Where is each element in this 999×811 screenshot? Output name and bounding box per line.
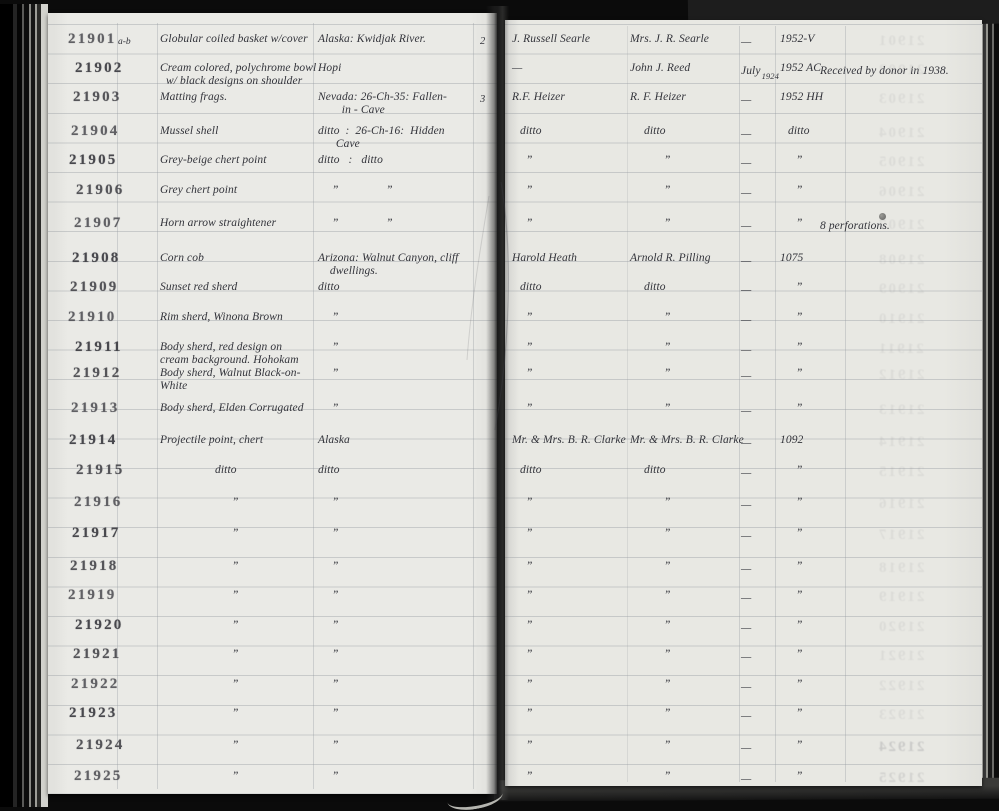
- catalog-number-stamp: 21907: [74, 215, 123, 232]
- ghost-number: 21922: [877, 678, 925, 695]
- locality: ” ”: [318, 217, 393, 230]
- locality: Alaska: [318, 434, 350, 447]
- date-main: —: [741, 370, 751, 382]
- donor-name: ”: [630, 496, 671, 509]
- collector-name: ”: [512, 217, 533, 230]
- ghost-number: 21915: [877, 464, 925, 481]
- object-description: Mussel shell: [160, 125, 218, 138]
- catalog-number-stamp: 21924: [76, 737, 125, 754]
- date-main: —: [741, 681, 751, 693]
- date-entry: —: [741, 530, 751, 543]
- locality: ”: [318, 770, 339, 783]
- ghost-number: 21921: [877, 648, 925, 665]
- donor-name: ”: [630, 678, 671, 691]
- catalog-number-stamp: 21917: [72, 525, 121, 542]
- donor-name: ”: [630, 707, 671, 720]
- accession-number: ”: [780, 281, 803, 294]
- locality: ”: [318, 367, 339, 380]
- column-rule: [845, 26, 846, 782]
- date-main: —: [741, 499, 751, 511]
- locality: ditto: [318, 281, 340, 294]
- ghost-number: 21901: [877, 33, 925, 50]
- date-entry: —: [741, 36, 751, 49]
- ghost-number: 21909: [877, 281, 925, 298]
- donor-name: ”: [630, 184, 671, 197]
- collector-name: ”: [512, 707, 533, 720]
- date-main: —: [741, 344, 751, 356]
- left-page: 21901a-bGlobular coiled basket w/coverAl…: [48, 13, 497, 794]
- catalog-number-stamp: 21916: [74, 494, 123, 511]
- ghost-number: 21910: [877, 311, 925, 328]
- collector-name: R.F. Heizer: [512, 91, 565, 104]
- collector-name: ”: [512, 678, 533, 691]
- object-description: ”: [160, 707, 239, 720]
- donor-name: ”: [630, 619, 671, 632]
- locality: ”: [318, 619, 339, 632]
- catalog-number-stamp: 21903: [73, 89, 122, 106]
- date-main: —: [741, 314, 751, 326]
- donor-name: ”: [630, 739, 671, 752]
- object-description: Body sherd, Walnut Black-on- White: [160, 367, 301, 393]
- collector-name: ”: [512, 496, 533, 509]
- collector-name: ”: [512, 648, 533, 661]
- column-rule: [157, 23, 158, 789]
- collector-name: ditto: [512, 125, 542, 138]
- date-entry: —: [741, 405, 751, 418]
- collector-name: Harold Heath: [512, 252, 577, 265]
- ghost-number: 21908: [877, 252, 925, 269]
- date-main: —: [741, 651, 751, 663]
- date-entry: —: [741, 773, 751, 786]
- date-main: —: [741, 284, 751, 296]
- donor-name: John J. Reed: [630, 62, 690, 75]
- specimen-count: 2: [480, 35, 485, 48]
- catalog-number-stamp: 21914: [69, 432, 118, 449]
- collector-name: ”: [512, 184, 533, 197]
- object-description: Rim sherd, Winona Brown: [160, 311, 283, 324]
- accession-number: ”: [780, 184, 803, 197]
- date-entry: —: [741, 128, 751, 141]
- ghost-number: 21911: [877, 341, 924, 358]
- catalog-number-stamp: 21915: [76, 462, 125, 479]
- date-entry: —: [741, 344, 751, 357]
- catalog-suffix: a-b: [118, 37, 131, 47]
- catalog-number-stamp: 21919: [68, 587, 117, 604]
- donor-name: ”: [630, 648, 671, 661]
- donor-name: ”: [630, 402, 671, 415]
- donor-name: ”: [630, 770, 671, 783]
- locality: ditto : 26-Ch-16: Hidden Cave: [318, 125, 445, 151]
- collector-name: ”: [512, 770, 533, 783]
- object-description: ”: [160, 527, 239, 540]
- accession-number: 1075: [780, 252, 803, 265]
- column-rule: [739, 26, 740, 782]
- date-entry: —: [741, 622, 751, 635]
- accession-number: 1952 AC: [780, 62, 821, 75]
- donor-name: ”: [630, 589, 671, 602]
- accession-number: ”: [780, 154, 803, 167]
- accession-number: ”: [780, 678, 803, 691]
- catalog-number-stamp: 21904: [71, 123, 120, 140]
- accession-number: ”: [780, 311, 803, 324]
- object-description: Cream colored, polychrome bowl w/ black …: [160, 62, 316, 88]
- donor-name: ”: [630, 560, 671, 573]
- accession-number: ”: [780, 402, 803, 415]
- donor-name: ditto: [630, 281, 666, 294]
- collector-name: ”: [512, 311, 533, 324]
- catalog-number-stamp: 21922: [71, 676, 120, 693]
- donor-name: ”: [630, 341, 671, 354]
- accession-number: ”: [780, 589, 803, 602]
- locality: ”: [318, 648, 339, 661]
- page-edge-stripes-right: [980, 18, 999, 788]
- date-main: —: [741, 94, 751, 106]
- hole-artifact: [879, 213, 886, 220]
- collector-name: ”: [512, 619, 533, 632]
- accession-number: ”: [780, 648, 803, 661]
- object-description: ”: [160, 496, 239, 509]
- donor-name: ”: [630, 311, 671, 324]
- date-entry: —: [741, 187, 751, 200]
- date-entry: —: [741, 467, 751, 480]
- date-entry: —: [741, 651, 751, 664]
- locality: Arizona: Walnut Canyon, cliff dwellings.: [318, 252, 458, 278]
- date-main: —: [741, 530, 751, 542]
- collector-name: ”: [512, 402, 533, 415]
- ghost-number: 21914: [877, 434, 925, 451]
- locality: ”: [318, 707, 339, 720]
- ghost-number: 21913: [877, 402, 925, 419]
- accession-number: ”: [780, 707, 803, 720]
- catalog-number-stamp: 21910: [68, 309, 117, 326]
- locality: ditto: [318, 464, 340, 477]
- date-entry: —: [741, 94, 751, 107]
- date-main: —: [741, 187, 751, 199]
- catalog-number-stamp: 21921: [73, 646, 122, 663]
- date-main: —: [741, 128, 751, 140]
- date-main: —: [741, 220, 751, 232]
- donor-name: R. F. Heizer: [630, 91, 686, 104]
- donor-name: ditto: [630, 464, 666, 477]
- date-entry: —: [741, 314, 751, 327]
- object-description: Corn cob: [160, 252, 204, 265]
- ghost-number: 21904: [877, 125, 925, 142]
- column-rule: [473, 23, 474, 789]
- page-edge-stripes-left: [0, 4, 48, 807]
- locality: ”: [318, 341, 339, 354]
- catalog-number-stamp: 21925: [74, 768, 123, 785]
- date-entry: —: [741, 255, 751, 268]
- object-description: Globular coiled basket w/cover: [160, 33, 308, 46]
- accession-number: ”: [780, 496, 803, 509]
- object-description: ”: [160, 648, 239, 661]
- locality: ditto : ditto: [318, 154, 383, 167]
- collector-name: ”: [512, 341, 533, 354]
- accession-number: ”: [780, 464, 803, 477]
- object-description: ”: [160, 678, 239, 691]
- catalog-number-stamp: 21911: [75, 339, 123, 356]
- locality: Alaska: Kwidjak River.: [318, 33, 426, 46]
- donor-name: ”: [630, 154, 671, 167]
- accession-number: ”: [780, 527, 803, 540]
- object-description: ”: [160, 560, 239, 573]
- ghost-number: 21918: [877, 560, 925, 577]
- object-description: Horn arrow straightener: [160, 217, 276, 230]
- ghost-number: 21912: [877, 367, 925, 384]
- donor-name: Mr. & Mrs. B. R. Clarke: [630, 434, 744, 447]
- collector-name: ditto: [512, 464, 542, 477]
- accession-number: ”: [780, 367, 803, 380]
- catalog-number-stamp: 21905: [69, 152, 118, 169]
- locality: ”: [318, 560, 339, 573]
- date-main: —: [741, 742, 751, 754]
- object-description: Grey-beige chert point: [160, 154, 267, 167]
- accession-number: ”: [780, 217, 803, 230]
- column-rule: [313, 23, 314, 789]
- date-entry: —: [741, 710, 751, 723]
- catalog-number-stamp: 21906: [76, 182, 125, 199]
- ghost-number: 21903: [877, 91, 925, 108]
- date-main: —: [741, 157, 751, 169]
- accession-number: ”: [780, 619, 803, 632]
- date-entry: —: [741, 220, 751, 233]
- date-main: —: [741, 710, 751, 722]
- accession-number: ”: [780, 341, 803, 354]
- date-entry: —: [741, 499, 751, 512]
- ghost-number: 21923: [877, 707, 925, 724]
- ghost-number: 21905: [877, 154, 925, 171]
- date-main: —: [741, 467, 751, 479]
- date-main: —: [741, 622, 751, 634]
- collector-name: —: [512, 62, 522, 75]
- date-main: July: [741, 65, 761, 77]
- catalog-number-stamp: 21902: [75, 60, 124, 77]
- object-description: ditto: [160, 464, 237, 477]
- date-entry: —: [741, 437, 751, 450]
- date-entry: —: [741, 592, 751, 605]
- donor-name: Arnold R. Pilling: [630, 252, 711, 265]
- collector-name: ”: [512, 589, 533, 602]
- locality: ” ”: [318, 184, 393, 197]
- catalog-number-stamp: 21920: [75, 617, 124, 634]
- accession-number: ”: [780, 770, 803, 783]
- object-description: ”: [160, 589, 239, 602]
- catalog-number-stamp: 21923: [69, 705, 118, 722]
- specimen-count: 3: [480, 93, 485, 106]
- accession-number: ”: [780, 739, 803, 752]
- ghost-number: 21902: [877, 62, 925, 79]
- donor-name: ”: [630, 367, 671, 380]
- locality: ”: [318, 311, 339, 324]
- accession-number: ditto: [780, 125, 810, 138]
- catalog-number-stamp: 21913: [71, 400, 120, 417]
- collector-name: ditto: [512, 281, 542, 294]
- catalog-number-stamp: 21918: [70, 558, 119, 575]
- locality: ”: [318, 527, 339, 540]
- object-description: Sunset red sherd: [160, 281, 237, 294]
- object-description: ”: [160, 770, 239, 783]
- date-entry: —: [741, 742, 751, 755]
- book-spine: [486, 6, 509, 800]
- date-entry: —: [741, 370, 751, 383]
- date-entry: —: [741, 284, 751, 297]
- collector-name: J. Russell Searle: [512, 33, 590, 46]
- ghost-number: 21919: [877, 589, 925, 606]
- locality: ”: [318, 496, 339, 509]
- object-description: Projectile point, chert: [160, 434, 263, 447]
- object-description: Matting frags.: [160, 91, 227, 104]
- accession-number: 1952-V: [780, 33, 814, 46]
- object-description: ”: [160, 739, 239, 752]
- locality: ”: [318, 678, 339, 691]
- date-main: —: [741, 36, 751, 48]
- donor-name: ”: [630, 527, 671, 540]
- date-main: —: [741, 563, 751, 575]
- ghost-number: 21924: [877, 739, 925, 756]
- catalog-number-stamp: 21912: [73, 365, 122, 382]
- locality: ”: [318, 402, 339, 415]
- locality: ”: [318, 739, 339, 752]
- locality: Hopi: [318, 62, 341, 75]
- collector-name: ”: [512, 154, 533, 167]
- date-main: —: [741, 592, 751, 604]
- locality: Nevada: 26-Ch-35: Fallen- in - Cave: [318, 91, 447, 117]
- ghost-number: 21917: [877, 527, 925, 544]
- catalog-number-stamp: 21901: [68, 31, 117, 48]
- accession-number: ”: [780, 560, 803, 573]
- column-rule: [775, 26, 776, 782]
- column-rule: [627, 26, 628, 782]
- accession-number: 1952 HH: [780, 91, 823, 104]
- date-entry: —: [741, 157, 751, 170]
- collector-name: ”: [512, 739, 533, 752]
- ghost-number: 21920: [877, 619, 925, 636]
- accession-number: 1092: [780, 434, 803, 447]
- donor-name: ditto: [630, 125, 666, 138]
- object-description: Grey chert point: [160, 184, 237, 197]
- catalog-number-stamp: 21908: [72, 250, 121, 267]
- object-description: Body sherd, red design on cream backgrou…: [160, 341, 299, 367]
- date-year: 1924: [762, 71, 779, 81]
- object-description: Body sherd, Elden Corrugated: [160, 402, 304, 415]
- right-page: J. Russell SearleMrs. J. R. Searle—1952-…: [505, 20, 982, 786]
- date-entry: July1924: [741, 65, 778, 78]
- date-entry: —: [741, 681, 751, 694]
- locality: ”: [318, 589, 339, 602]
- date-main: —: [741, 773, 751, 785]
- date-main: —: [741, 437, 751, 449]
- ghost-number: 21916: [877, 496, 925, 513]
- ghost-number: 21906: [877, 184, 925, 201]
- date-main: —: [741, 405, 751, 417]
- donor-name: ”: [630, 217, 671, 230]
- collector-name: ”: [512, 560, 533, 573]
- donor-name: Mrs. J. R. Searle: [630, 33, 709, 46]
- collector-name: Mr. & Mrs. B. R. Clarke: [512, 434, 626, 447]
- collector-name: ”: [512, 527, 533, 540]
- ghost-number: 21925: [877, 770, 925, 787]
- collector-name: ”: [512, 367, 533, 380]
- ledger-scan: 21901a-bGlobular coiled basket w/coverAl…: [0, 0, 999, 811]
- date-entry: —: [741, 563, 751, 576]
- object-description: ”: [160, 619, 239, 632]
- date-main: —: [741, 255, 751, 267]
- catalog-number-stamp: 21909: [70, 279, 119, 296]
